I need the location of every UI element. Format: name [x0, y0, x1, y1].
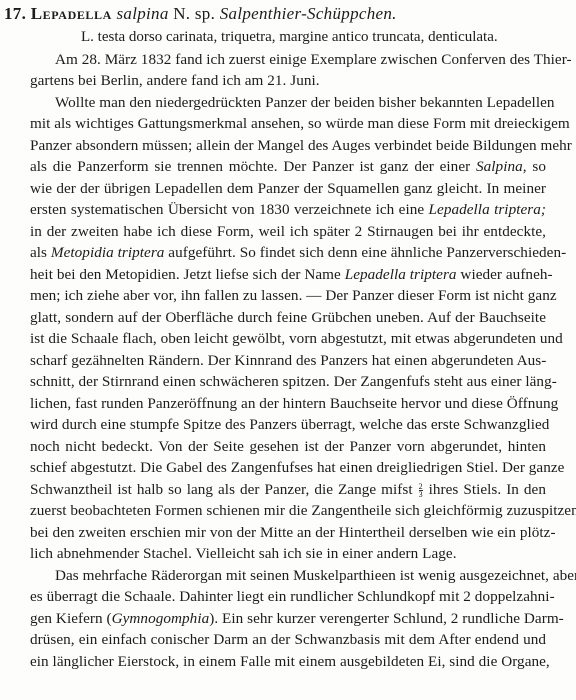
paragraph-3-line: gen Kiefern (Gymnogomphia). Ein sehr kur…	[30, 609, 546, 629]
paragraph-2-line: als Metopidia triptera aufgeführt. So fi…	[30, 243, 546, 263]
common-name: Salpenthier-Schüppchen.	[220, 4, 397, 23]
paragraph-2-line: heit bei den Metopidien. Jetzt liefse si…	[30, 265, 546, 285]
paragraph-2-line: ersten systematischen Übersicht von 1830…	[30, 200, 546, 220]
species-name: salpina	[116, 4, 168, 23]
paragraph-2-line: bei den zweiten erschien mir von der Mit…	[30, 523, 546, 543]
latin-diagnosis: L. testa dorso carinata, triquetra, marg…	[81, 27, 498, 47]
italic-lepadella-triptera: Lepadella triptera;	[429, 201, 546, 218]
paragraph-2-line: Panzer absondern müssen; allein der Mang…	[30, 136, 546, 156]
paragraph-3-line: ein länglicher Eierstock, in einem Falle…	[30, 652, 546, 672]
paragraph-2-line: men; ich ziehe aber vor, ihn fallen zu l…	[30, 286, 546, 306]
paragraph-2-line: glatt, sondern auf der Oberfläche durch …	[30, 308, 546, 328]
paragraph-2-line: in der zweiten habe ich diese Form, weil…	[30, 222, 546, 242]
entry-number: 17.	[4, 4, 26, 23]
paragraph-2-line: wie der der übrigen Lepadellen dem Panze…	[30, 179, 546, 199]
paragraph-2-line: Wollte man den niedergedrückten Panzer d…	[55, 93, 546, 113]
paragraph-2-line: ist die Schaale flach, oben leicht gewöl…	[30, 329, 546, 349]
paragraph-2-line: schief abgestutzt. Die Gabel des Zangenf…	[30, 458, 546, 478]
paragraph-3-line: drüsen, ein einfach conischer Darm an de…	[30, 630, 546, 650]
italic-metopidia-triptera: Metopidia triptera	[51, 244, 165, 261]
paragraph-3-line: es überragt die Schaale. Dahinter liegt …	[30, 587, 546, 607]
paragraph-2-line: Schwanztheil ist halb so lang als der Pa…	[30, 480, 546, 500]
paragraph-2-line: lich abnehmender Stachel. Vielleicht sah…	[30, 544, 546, 564]
paragraph-2-line: zuerst beobachteten Formen schienen mir …	[30, 501, 546, 521]
paragraph-2-line: als die Panzerform sie trennen möchte. D…	[30, 157, 546, 177]
italic-gymnogomphia: Gymnogomphia	[112, 610, 210, 627]
italic-lepadella-triptera: Lepadella triptera	[345, 266, 457, 283]
species-heading: 17. Lepadella salpina N. sp. Salpenthier…	[4, 3, 397, 25]
paragraph-2-line: wird durch eine stumpfe Spitze des Panze…	[30, 415, 546, 435]
paragraph-2-line: scharf gezähnelten Rändern. Der Kinnrand…	[30, 351, 546, 371]
paragraph-1-line: Am 28. März 1832 fand ich zuerst einige …	[55, 50, 546, 70]
species-status: N. sp.	[173, 4, 215, 23]
paragraph-2-line: noch nicht bedeckt. Von der Seite gesehe…	[30, 437, 546, 457]
paragraph-2-line: lichen, fast runden Panzeröffnung an der…	[30, 394, 546, 414]
paragraph-2-line: mit als wichtiges Gattungsmerkmal ansehe…	[30, 114, 546, 134]
fraction-two-thirds: 23	[419, 483, 423, 498]
genus-name: Lepadella	[31, 4, 112, 23]
paragraph-1-line: gartens bei Berlin, andere fand ich am 2…	[30, 71, 546, 91]
paragraph-3-line: Das mehrfache Räderorgan mit seinen Musk…	[55, 566, 546, 586]
document-page: 17. Lepadella salpina N. sp. Salpenthier…	[0, 0, 576, 700]
italic-salpina: Salpina	[476, 158, 523, 175]
paragraph-2-line: schnitt, der Stirnrand einen schwächeren…	[30, 372, 546, 392]
